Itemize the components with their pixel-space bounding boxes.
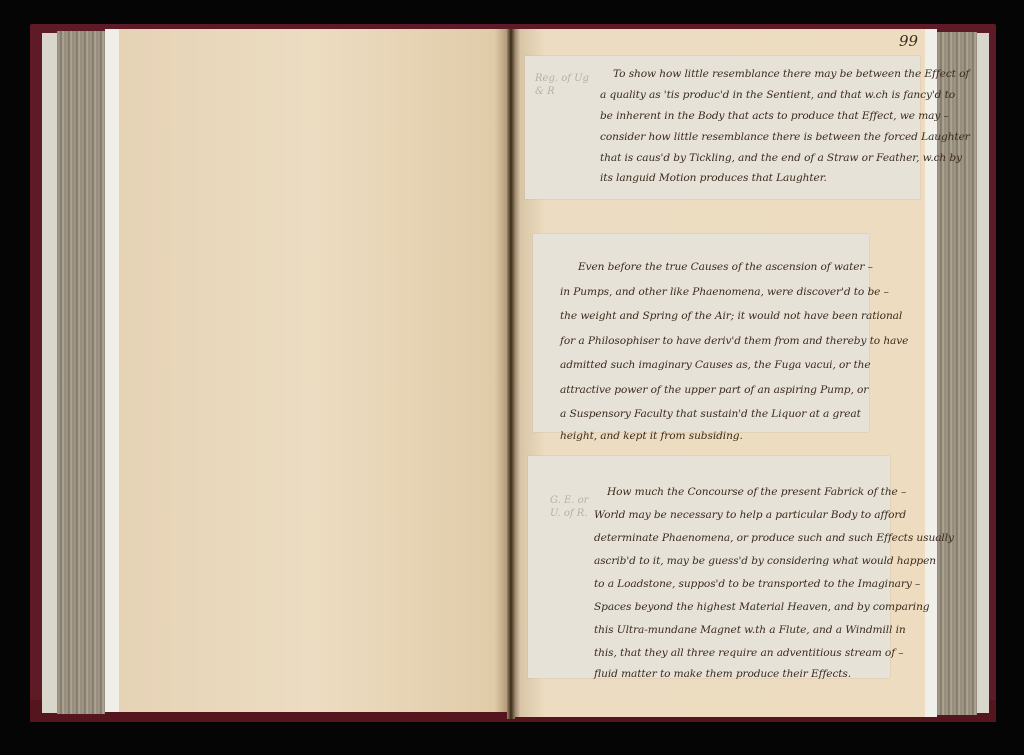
left-page — [105, 29, 510, 712]
slip-2-line-7: a Suspensory Faculty that sustain'd the … — [560, 404, 861, 425]
slip-1-line-4: consider how little resemblance there is… — [600, 127, 970, 148]
slip-2-line-6: attractive power of the upper part of an… — [560, 380, 868, 401]
margin-note-3: G. E. or U. of R. — [550, 494, 588, 520]
slip-3-line-8: this, that they all three require an adv… — [594, 643, 904, 664]
slip-1-line-1: To show how little resemblance there may… — [613, 64, 969, 85]
page-number: 99 — [899, 32, 918, 50]
slip-2-line-1: Even before the true Causes of the ascen… — [578, 257, 873, 278]
slip-1-line-3: be inherent in the Body that acts to pro… — [600, 106, 949, 127]
slip-3-line-4: ascrib'd to it, may be guess'd by consid… — [594, 551, 936, 572]
left-flyleaf-edge — [42, 33, 57, 713]
left-page-block-edge — [57, 31, 105, 714]
slip-3-line-9: fluid matter to make them produce their … — [594, 664, 851, 685]
slip-1-line-6: its languid Motion produces that Laughte… — [600, 168, 827, 189]
slip-2-line-8: height, and kept it from subsiding. — [560, 426, 743, 447]
slip-3-line-3: determinate Phaenomena, or produce such … — [594, 528, 954, 549]
slip-2-line-3: the weight and Spring of the Air; it wou… — [560, 306, 902, 327]
slip-3-line-7: this Ultra-mundane Magnet w.th a Flute, … — [594, 620, 906, 641]
slip-2-line-4: for a Philosophiser to have deriv'd them… — [560, 331, 908, 352]
book-spine-gutter — [507, 29, 515, 719]
slip-2-line-2: in Pumps, and other like Phaenomena, wer… — [560, 282, 889, 303]
margin-note-1: Reg. of Ug & R — [535, 72, 589, 98]
slip-1-line-2: a quality as 'tis produc'd in the Sentie… — [600, 85, 955, 106]
slip-2-line-5: admitted such imaginary Causes as, the F… — [560, 355, 871, 376]
right-flyleaf-edge — [977, 33, 989, 713]
slip-3-line-6: Spaces beyond the highest Material Heave… — [594, 597, 930, 618]
slip-3-line-5: to a Loadstone, suppos'd to be transport… — [594, 574, 920, 595]
slip-1-line-5: that is caus'd by Tickling, and the end … — [600, 148, 962, 169]
slip-3-line-1: How much the Concourse of the present Fa… — [607, 482, 906, 503]
slip-3-line-2: World may be necessary to help a particu… — [594, 505, 906, 526]
